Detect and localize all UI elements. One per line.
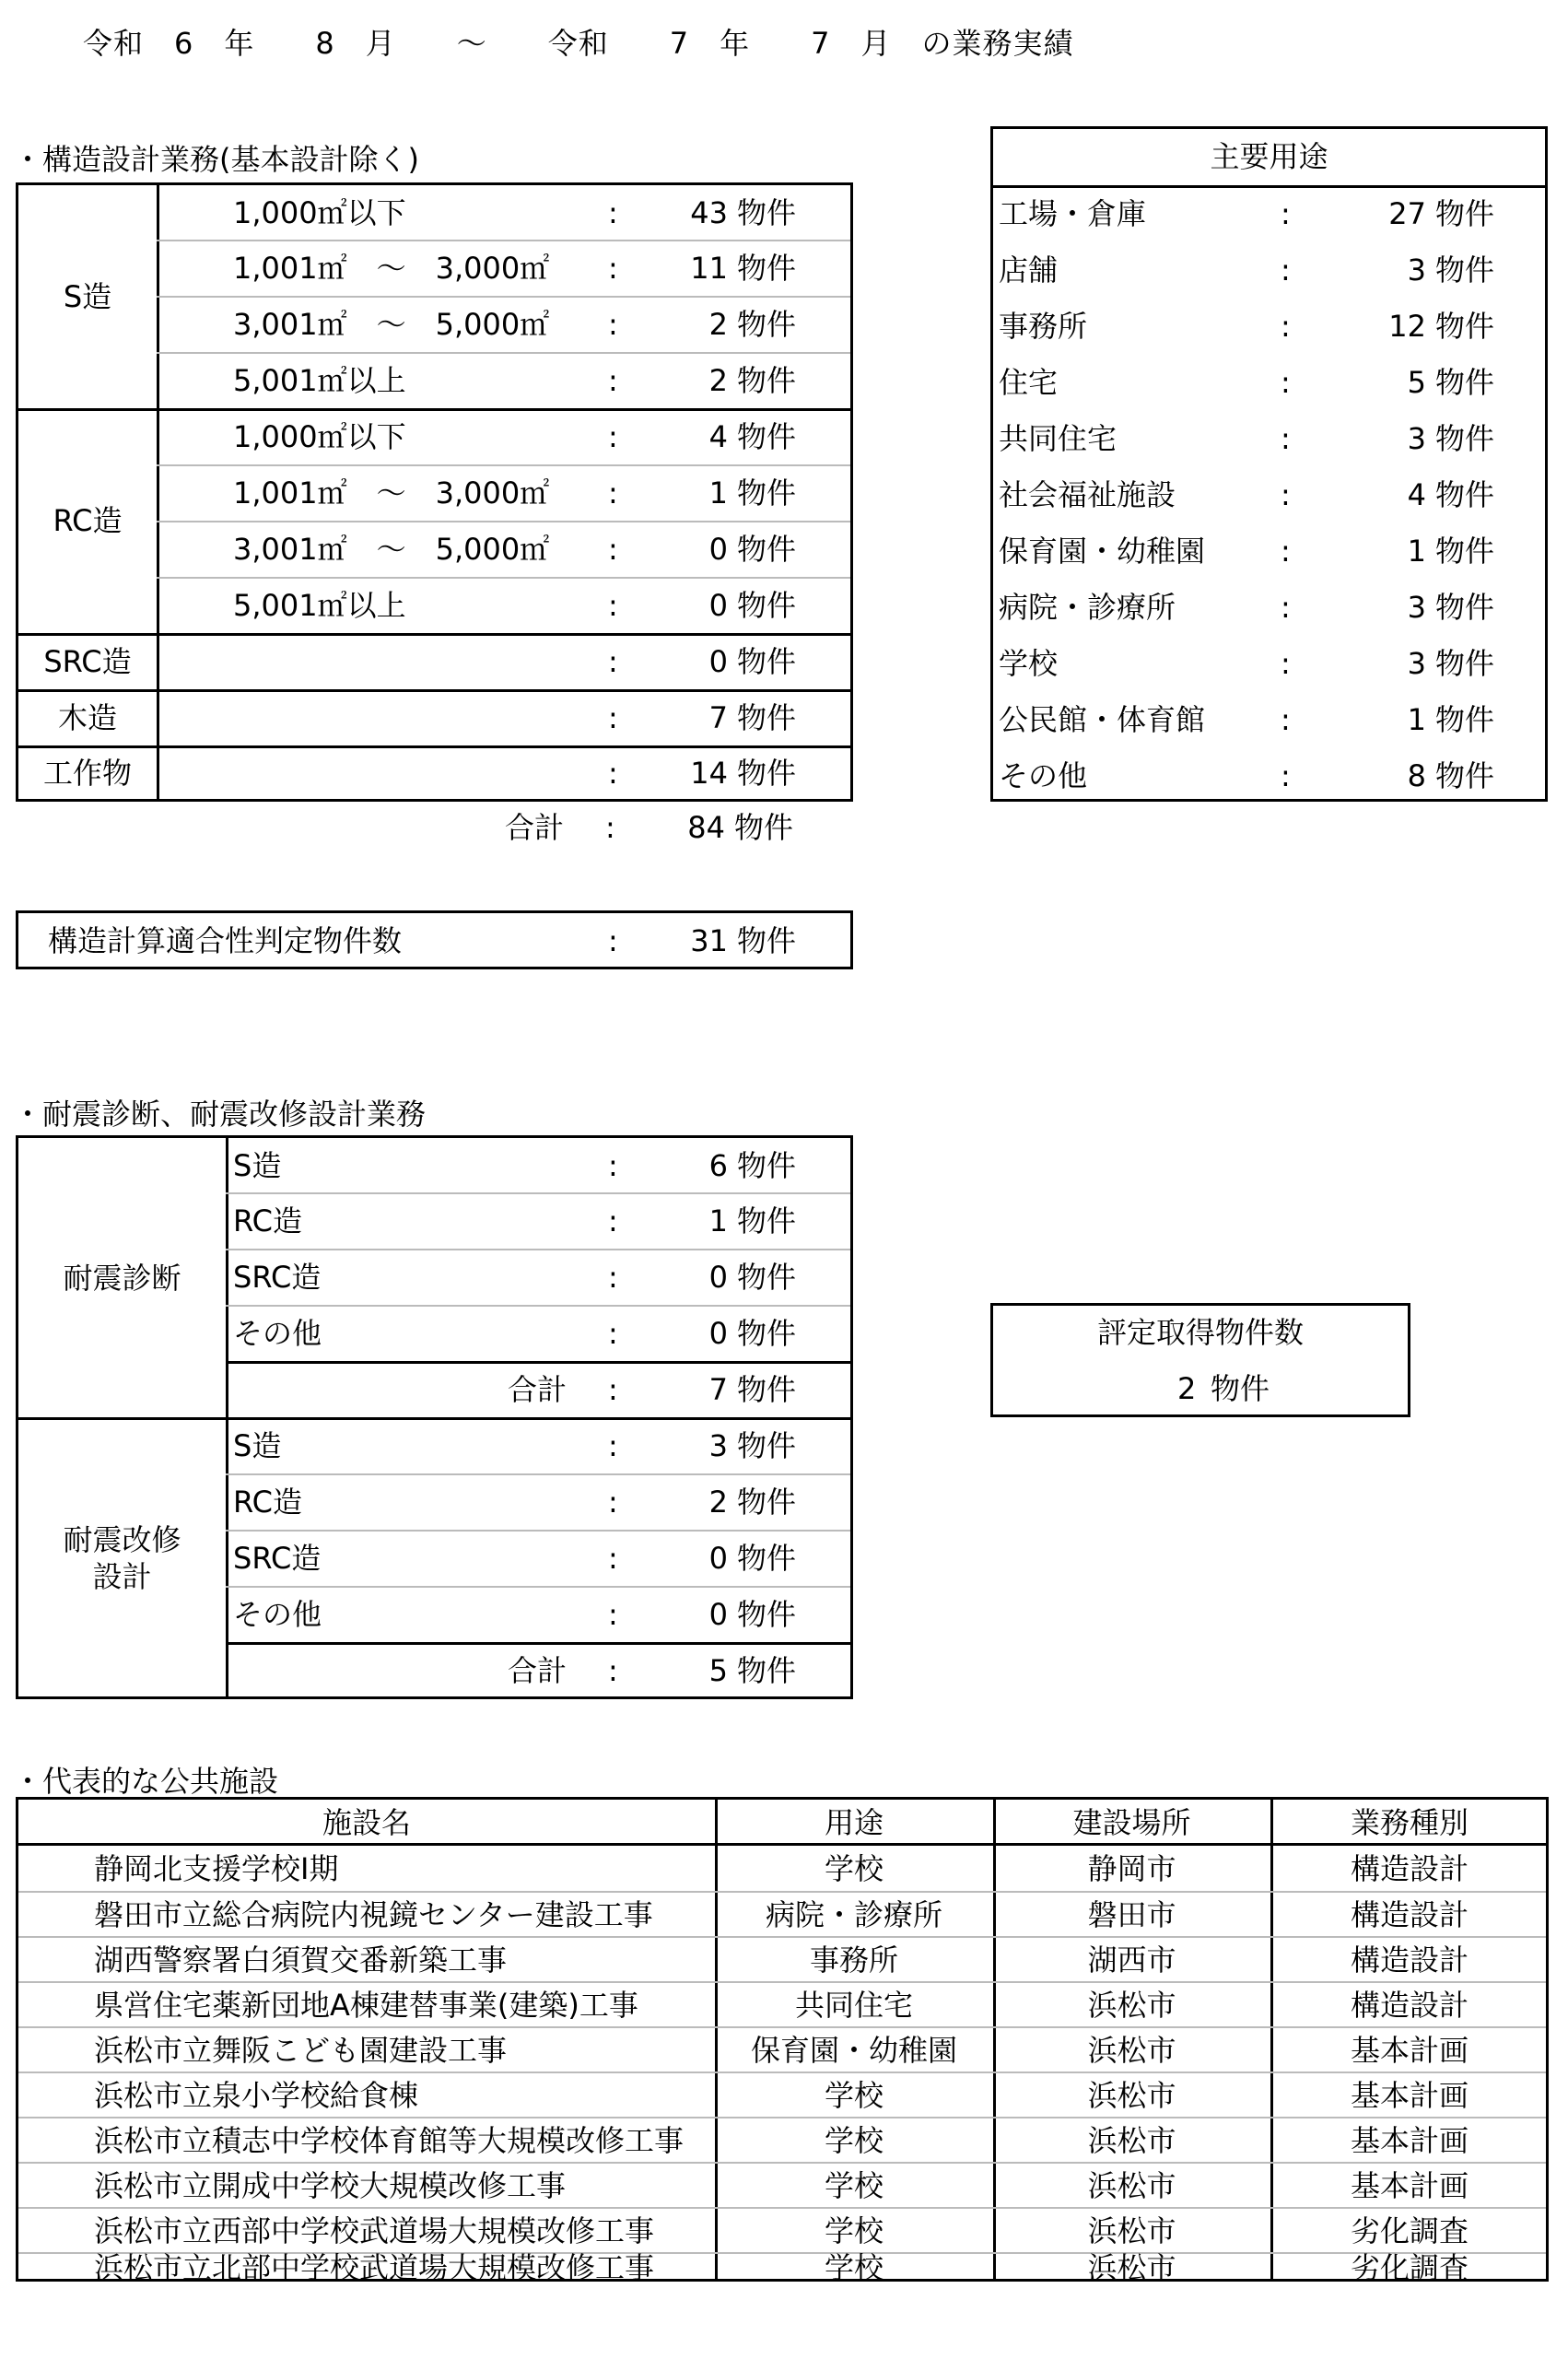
structure-type: S造 [233,1431,281,1461]
colon: : [1281,424,1291,453]
subtotal-label: 合計 [508,1375,567,1404]
unit-label: 物件 [1435,593,1494,622]
count-value: 7 [645,703,728,733]
group-divider [18,633,850,636]
use-count: 3 [1362,593,1426,622]
range-label: 1,001㎡ ～ 3,000㎡ [233,253,549,283]
main-use-header: 主要用途 [993,142,1545,171]
unit-label: 物件 [737,926,796,956]
unit-label: 物件 [1435,536,1494,566]
facility-location: 浜松市 [993,2171,1270,2201]
unit-label: 物件 [1211,1374,1270,1403]
colon: : [1281,480,1291,510]
unit-label: 物件 [737,534,796,564]
row-divider [157,577,850,579]
count-value: 0 [645,591,728,620]
total-count: 84 [642,813,725,842]
facility-work-type: 劣化調査 [1270,2216,1549,2246]
use-label: 学校 [999,649,1058,678]
facility-use: 事務所 [715,1945,993,1975]
unit-label: 物件 [737,198,796,228]
count-value: 3 [645,1431,728,1461]
facility-use: 学校 [715,2216,993,2246]
facility-location: 浜松市 [993,2216,1270,2246]
facility-location: 静岡市 [993,1854,1270,1884]
unit-label: 物件 [737,1206,796,1236]
unit-label: 物件 [1435,649,1494,678]
table-row: 浜松市立積志中学校体育館等大規模改修工事 学校 浜松市 基本計画 [18,2117,1546,2162]
table-row: 磐田市立総合病院内視鏡センター建設工事 病院・診療所 磐田市 構造設計 [18,1891,1546,1936]
facility-location: 浜松市 [993,2253,1270,2283]
unit-label: 物件 [737,1431,796,1461]
column-header-location: 建設場所 [993,1808,1270,1837]
count-value: 11 [645,253,728,283]
colon: : [1281,368,1291,397]
page-title: 令和 6 年 8 月 ～ 令和 7 年 7 月 の業務実績 [83,20,1073,63]
unit-label: 物件 [737,366,796,395]
colon: : [1281,761,1291,791]
seismic-heading: ・耐震診断、耐震改修設計業務 [13,1091,426,1133]
colon: : [608,1487,618,1517]
structural-design-heading: ・構造設計業務(基本設計除く) [13,136,419,179]
conformity-label: 構造計算適合性判定物件数 [48,926,402,956]
count-value: 0 [645,1600,728,1629]
colon: : [608,591,618,620]
range-label: 1,000㎡以下 [233,198,406,228]
colon: : [1281,255,1291,285]
use-count: 8 [1362,761,1426,791]
group-label-rc: RC造 [18,506,157,535]
unit-label: 物件 [737,591,796,620]
count-value: 2 [645,310,728,339]
facility-work-type: 構造設計 [1270,1900,1549,1930]
table-row: 静岡北支援学校Ⅰ期 学校 静岡市 構造設計 [18,1846,1546,1891]
group-divider [18,1417,850,1420]
colon: : [608,1543,618,1573]
use-label: 事務所 [999,311,1087,341]
use-count: 4 [1362,480,1426,510]
use-count: 3 [1362,424,1426,453]
facility-location: 浜松市 [993,2081,1270,2110]
colon: : [608,422,618,452]
use-label: その他 [999,761,1087,791]
facility-work-type: 基本計画 [1270,2126,1549,2155]
row-divider [226,1249,850,1250]
group-label-s: S造 [18,282,157,311]
count-value: 0 [645,1319,728,1348]
subtotal-count: 7 [645,1375,728,1404]
group-label-retrofit-line2: 設計 [18,1562,226,1591]
table-row: 浜松市立北部中学校武道場大規模改修工事 学校 浜松市 劣化調査 [18,2252,1546,2280]
public-facilities-table: 施設名 用途 建設場所 業務種別 静岡北支援学校Ⅰ期 学校 静岡市 構造設計 磐… [16,1797,1549,2282]
count-value: 0 [645,1543,728,1573]
group-divider [18,745,850,748]
unit-label: 物件 [737,1319,796,1348]
seismic-table: 耐震診断 S造 : 6 物件 RC造 : 1 物件 SRC造 : 0 物件 その… [16,1135,853,1699]
structure-type: その他 [233,1319,322,1348]
use-label: 店舗 [999,255,1058,285]
count-value: 6 [645,1151,728,1180]
colon: : [608,366,618,395]
colon: : [608,1319,618,1348]
column-header-facility: 施設名 [18,1808,715,1837]
structural-design-table: S造 1,000㎡以下 : 43 物件 1,001㎡ ～ 3,000㎡ : 11… [16,182,853,802]
column-header-use: 用途 [715,1808,993,1837]
unit-label: 物件 [737,703,796,733]
count-value: 14 [645,758,728,788]
conformity-count: 31 [645,926,728,956]
use-label: 共同住宅 [999,424,1117,453]
column-divider [157,185,159,799]
unit-label: 物件 [737,1600,796,1629]
unit-label: 物件 [1435,255,1494,285]
facility-name: 湖西警察署白須賀交番新築工事 [94,1945,507,1975]
table-row: 県営住宅薬新団地A棟建替事業(建築)工事 共同住宅 浜松市 構造設計 [18,1981,1546,2026]
facility-name: 静岡北支援学校Ⅰ期 [94,1854,338,1884]
header-divider [993,185,1545,188]
count-value: 43 [645,198,728,228]
table-row: 浜松市立泉小学校給食棟 学校 浜松市 基本計画 [18,2071,1546,2117]
unit-label: 物件 [737,1375,796,1404]
use-label: 保育園・幼稚園 [999,536,1205,566]
facility-use: 保育園・幼稚園 [715,2036,993,2065]
colon: : [1281,649,1291,678]
use-count: 3 [1362,255,1426,285]
group-label-structure: 工作物 [18,758,157,788]
facility-location: 磐田市 [993,1900,1270,1930]
row-divider [157,352,850,354]
colon: : [608,703,618,733]
unit-label: 物件 [1435,705,1494,734]
unit-label: 物件 [1435,480,1494,510]
row-divider [157,296,850,298]
count-value: 4 [645,422,728,452]
colon: : [608,1151,618,1180]
colon: : [608,647,618,676]
colon: : [608,478,618,508]
colon: : [1281,311,1291,341]
range-label: 1,001㎡ ～ 3,000㎡ [233,478,549,508]
colon: : [608,1656,618,1685]
column-header-work-type: 業務種別 [1270,1808,1549,1837]
facility-work-type: 基本計画 [1270,2036,1549,2065]
use-count: 3 [1362,649,1426,678]
rating-count: 2 [1177,1374,1196,1403]
colon: : [608,310,618,339]
count-value: 2 [645,1487,728,1517]
count-value: 0 [645,534,728,564]
colon: : [1281,536,1291,566]
facility-name: 浜松市立舞阪こども園建設工事 [94,2036,507,2065]
facility-name: 浜松市立西部中学校武道場大規模改修工事 [94,2216,654,2246]
unit-label: 物件 [737,310,796,339]
group-label-retrofit-line1: 耐震改修 [18,1525,226,1555]
colon: : [608,534,618,564]
use-count: 12 [1362,311,1426,341]
use-label: 工場・倉庫 [999,199,1146,229]
facility-location: 浜松市 [993,1990,1270,2020]
group-divider [18,408,850,411]
row-divider [157,521,850,522]
facility-location: 湖西市 [993,1945,1270,1975]
facility-use: 学校 [715,2081,993,2110]
unit-label: 物件 [737,1656,796,1685]
structure-type: SRC造 [233,1543,321,1573]
facility-work-type: 基本計画 [1270,2171,1549,2201]
table-row: 浜松市立西部中学校武道場大規模改修工事 学校 浜松市 劣化調査 [18,2207,1546,2252]
colon: : [608,1600,618,1629]
count-value: 0 [645,1262,728,1292]
range-label: 5,001㎡以上 [233,366,406,395]
colon: : [1281,199,1291,229]
subtotal-divider [226,1361,850,1364]
range-label: 3,001㎡ ～ 5,000㎡ [233,534,549,564]
facility-use: 学校 [715,2171,993,2201]
facility-name: 浜松市立泉小学校給食棟 [94,2081,418,2110]
count-value: 2 [645,366,728,395]
facility-name: 浜松市立積志中学校体育館等大規模改修工事 [94,2126,684,2155]
structure-type: その他 [233,1600,322,1629]
facility-use: 病院・診療所 [715,1900,993,1930]
table-row: 湖西警察署白須賀交番新築工事 事務所 湖西市 構造設計 [18,1936,1546,1981]
rating-label: 評定取得物件数 [993,1318,1408,1347]
facility-name: 浜松市立開成中学校大規模改修工事 [94,2171,566,2201]
colon: : [1281,705,1291,734]
conformity-box: 構造計算適合性判定物件数 : 31 物件 [16,910,853,969]
facility-work-type: 構造設計 [1270,1990,1549,2020]
row-divider [226,1192,850,1194]
row-divider [157,464,850,466]
subtotal-divider [226,1642,850,1645]
unit-label: 物件 [1435,368,1494,397]
total-label: 合計 [505,813,564,842]
table-row: 浜松市立開成中学校大規模改修工事 学校 浜松市 基本計画 [18,2162,1546,2207]
unit-label: 物件 [737,1262,796,1292]
row-divider [226,1305,850,1307]
group-divider [18,689,850,692]
use-label: 住宅 [999,368,1058,397]
count-value: 1 [645,1206,728,1236]
colon: : [608,926,618,956]
colon: : [1281,593,1291,622]
range-label: 5,001㎡以上 [233,591,406,620]
colon: : [608,1431,618,1461]
colon: : [608,1206,618,1236]
structure-type: RC造 [233,1206,302,1236]
facility-use: 学校 [715,2126,993,2155]
group-label-wood: 木造 [18,703,157,733]
facility-use: 学校 [715,1854,993,1884]
row-divider [226,1530,850,1532]
facility-name: 磐田市立総合病院内視鏡センター建設工事 [94,1900,653,1930]
row-divider [226,1473,850,1475]
unit-label: 物件 [737,1151,796,1180]
range-label: 1,000㎡以下 [233,422,406,452]
group-label-diagnosis: 耐震診断 [18,1263,226,1293]
table-row: 浜松市立舞阪こども園建設工事 保育園・幼稚園 浜松市 基本計画 [18,2026,1546,2071]
rating-box: 評定取得物件数 2 物件 [990,1303,1410,1417]
facility-work-type: 基本計画 [1270,2081,1549,2110]
unit-label: 物件 [737,422,796,452]
colon: : [608,198,618,228]
unit-label: 物件 [1435,199,1494,229]
use-count: 1 [1362,705,1426,734]
main-use-table: 主要用途 工場・倉庫 : 27 物件 店舗 : 3 物件 事務所 : 12 物件… [990,126,1548,802]
count-value: 1 [645,478,728,508]
use-count: 1 [1362,536,1426,566]
use-count: 27 [1362,199,1426,229]
unit-label: 物件 [737,1487,796,1517]
unit-label: 物件 [1435,761,1494,791]
colon: : [608,758,618,788]
colon: : [608,253,618,283]
range-label: 3,001㎡ ～ 5,000㎡ [233,310,549,339]
facility-name: 浜松市立北部中学校武道場大規模改修工事 [94,2253,654,2283]
unit-label: 物件 [737,1543,796,1573]
facility-location: 浜松市 [993,2126,1270,2155]
unit-label: 物件 [1435,424,1494,453]
structure-type: RC造 [233,1487,302,1517]
facility-work-type: 構造設計 [1270,1945,1549,1975]
facility-location: 浜松市 [993,2036,1270,2065]
structure-type: S造 [233,1151,281,1180]
use-count: 5 [1362,368,1426,397]
row-divider [157,240,850,241]
subtotal-label: 合計 [508,1656,567,1685]
colon: : [608,1375,618,1404]
facility-work-type: 劣化調査 [1270,2253,1549,2283]
facility-use: 学校 [715,2253,993,2283]
unit-label: 物件 [1435,311,1494,341]
unit-label: 物件 [737,253,796,283]
subtotal-count: 5 [645,1656,728,1685]
public-facilities-heading: ・代表的な公共施設 [13,1758,278,1801]
count-value: 0 [645,647,728,676]
group-label-src: SRC造 [18,647,157,676]
structure-type: SRC造 [233,1262,321,1292]
unit-label: 物件 [737,647,796,676]
use-label: 社会福祉施設 [999,480,1176,510]
row-divider [226,1586,850,1588]
facility-use: 共同住宅 [715,1990,993,2020]
facility-work-type: 構造設計 [1270,1854,1549,1884]
use-label: 公民館・体育館 [999,705,1205,734]
facility-name: 県営住宅薬新団地A棟建替事業(建築)工事 [94,1990,638,2020]
colon: : [605,813,615,842]
unit-label: 物件 [737,478,796,508]
unit-label: 物件 [737,758,796,788]
use-label: 病院・診療所 [999,593,1176,622]
unit-label: 物件 [734,813,793,842]
colon: : [608,1262,618,1292]
